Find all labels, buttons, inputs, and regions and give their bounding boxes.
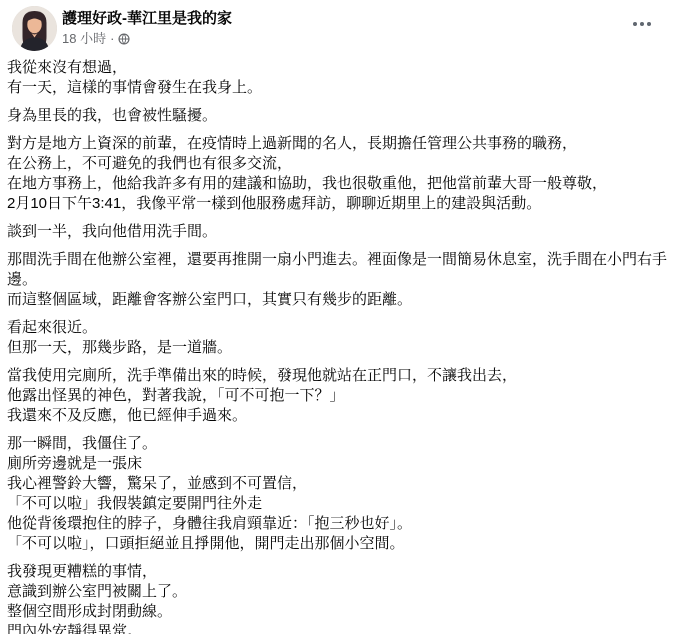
post-paragraph: 看起來很近。 但那一天，那幾步路，是一道牆。 — [7, 318, 668, 358]
post-header: 護理好政-華江里是我的家 18 小時 · — [0, 0, 678, 56]
post-options-button[interactable] — [626, 11, 658, 37]
post-paragraph: 談到一半，我向他借用洗手間。 — [7, 222, 668, 242]
post-paragraph: 當我使用完廁所，洗手準備出來的時候，發現他就站在正門口，不讓我出去， 他露出怪異… — [7, 366, 668, 426]
meta-separator: · — [110, 30, 114, 47]
post-paragraph: 那一瞬間，我僵住了。 廁所旁邊就是一張床 我心裡警鈴大響，驚呆了，並感到不可置信… — [7, 434, 668, 554]
post-paragraph: 身為里長的我，也會被性騷擾。 — [7, 106, 668, 126]
header-info: 護理好政-華江里是我的家 18 小時 · — [62, 9, 232, 47]
post-paragraph: 那間洗手間在他辦公室裡，還要再推開一扇小門進去。裡面像是一間簡易休息室，洗手間在… — [7, 250, 668, 310]
post-paragraph: 我從來沒有想過， 有一天，這樣的事情會發生在我身上。 — [7, 58, 668, 98]
facebook-post-card: 護理好政-華江里是我的家 18 小時 · 我從來沒有想過， 有一天，這樣的事情會… — [0, 0, 678, 634]
globe-icon — [118, 33, 130, 45]
post-paragraph: 對方是地方上資深的前輩，在疫情時上過新聞的名人，長期擔任管理公共事務的職務， 在… — [7, 134, 668, 214]
page-name-link[interactable]: 護理好政-華江里是我的家 — [62, 9, 232, 28]
post-meta: 18 小時 · — [62, 30, 232, 47]
ellipsis-icon — [633, 22, 651, 26]
post-text: 我從來沒有想過， 有一天，這樣的事情會發生在我身上。身為里長的我，也會被性騷擾。… — [0, 56, 678, 634]
profile-avatar[interactable] — [12, 6, 57, 51]
avatar-image — [12, 6, 57, 51]
timestamp-link[interactable]: 18 小時 — [62, 30, 106, 47]
post-paragraph: 我發現更糟糕的事情， 意識到辦公室門被關上了。 整個空間形成封閉動線。 門內外安… — [7, 562, 668, 634]
